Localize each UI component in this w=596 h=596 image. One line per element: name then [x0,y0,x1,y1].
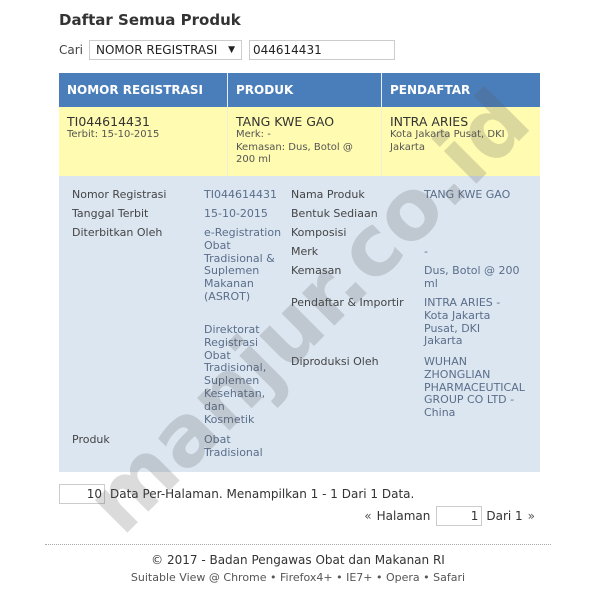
issue-date: Terbit: 15-10-2015 [67,129,227,142]
dropdown-arrow-icon: ▼ [228,45,235,55]
detail-label: Nomor Registrasi [72,189,166,202]
detail-value: Direktorat Registrasi Obat Tradisional, … [204,324,276,426]
cell-pendaftar: INTRA ARIES Kota Jakarta Pusat, DKI Jaka… [381,107,540,176]
footer-browsers: Suitable View @ Chrome • Firefox4+ • IE7… [0,571,596,584]
registrant-name: INTRA ARIES [390,115,540,129]
detail-value: INTRA ARIES - Kota Jakarta Pusat, DKI Ja… [424,297,514,348]
detail-panel: Nomor Registrasi TI044614431 Tanggal Ter… [59,176,540,472]
search-field-select[interactable]: NOMOR REGISTRASI ▼ [89,40,242,60]
detail-value: Obat Tradisional [204,434,276,460]
search-input[interactable]: 044614431 [249,40,395,60]
detail-value: Dus, Botol @ 200 ml [424,265,532,291]
detail-label: Bentuk Sediaan [291,208,378,221]
detail-value: WUHAN ZHONGLIAN PHARMACEUTICAL GROUP CO … [424,356,532,420]
page-navigation: « Halaman 1 Dari 1 » [359,506,540,526]
cell-nomor: TI044614431 Terbit: 15-10-2015 [59,107,227,176]
detail-label: Tanggal Terbit [72,208,148,221]
detail-value: - [424,246,428,259]
detail-label: Merk [291,246,318,259]
footer-divider [45,544,551,545]
per-page-input[interactable]: 10 [59,484,105,504]
footer-copyright: © 2017 - Badan Pengawas Obat dan Makanan… [0,553,596,567]
registration-number: TI044614431 [67,115,227,129]
search-bar: Cari NOMOR REGISTRASI ▼ 044614431 [59,40,395,60]
product-name: TANG KWE GAO [236,115,381,129]
page-total: Dari 1 [486,509,522,523]
cell-produk: TANG KWE GAO Merk: - Kemasan: Dus, Botol… [227,107,381,176]
header-pendaftar[interactable]: PENDAFTAR [381,73,540,107]
detail-value: TANG KWE GAO [424,189,510,202]
prev-page-button[interactable]: « [364,509,371,523]
per-page-control: 10 Data Per-Halaman. Menampilkan 1 - 1 D… [59,484,414,504]
detail-value: TI044614431 [204,189,277,202]
page-number-input[interactable]: 1 [436,506,482,526]
detail-label: Produk [72,434,110,447]
detail-value: 15-10-2015 [204,208,268,221]
product-brand: Merk: - [236,129,381,142]
search-field-value: NOMOR REGISTRASI [96,43,217,57]
pagination-info: Data Per-Halaman. Menampilkan 1 - 1 Dari… [110,487,414,501]
detail-label: Diterbitkan Oleh [72,227,162,240]
detail-label: Diproduksi Oleh [291,356,379,369]
header-nomor-registrasi[interactable]: NOMOR REGISTRASI [59,73,227,107]
detail-value: e-Registration Obat Tradisional & Suplem… [204,227,282,304]
detail-label: Nama Produk [291,189,365,202]
next-page-button[interactable]: » [528,509,535,523]
page-title: Daftar Semua Produk [59,11,241,29]
page-label: Halaman [377,509,431,523]
search-label: Cari [59,43,83,57]
detail-label: Pendaftar & Importir [291,297,404,310]
product-table: NOMOR REGISTRASI PRODUK PENDAFTAR TI0446… [59,73,540,472]
detail-label: Kemasan [291,265,341,278]
table-row[interactable]: TI044614431 Terbit: 15-10-2015 TANG KWE … [59,107,540,176]
detail-label: Komposisi [291,227,346,240]
table-header: NOMOR REGISTRASI PRODUK PENDAFTAR [59,73,540,107]
product-packaging: Kemasan: Dus, Botol @ 200 ml [236,142,366,167]
header-produk[interactable]: PRODUK [227,73,381,107]
registrant-address: Kota Jakarta Pusat, DKI Jakarta [390,129,538,154]
